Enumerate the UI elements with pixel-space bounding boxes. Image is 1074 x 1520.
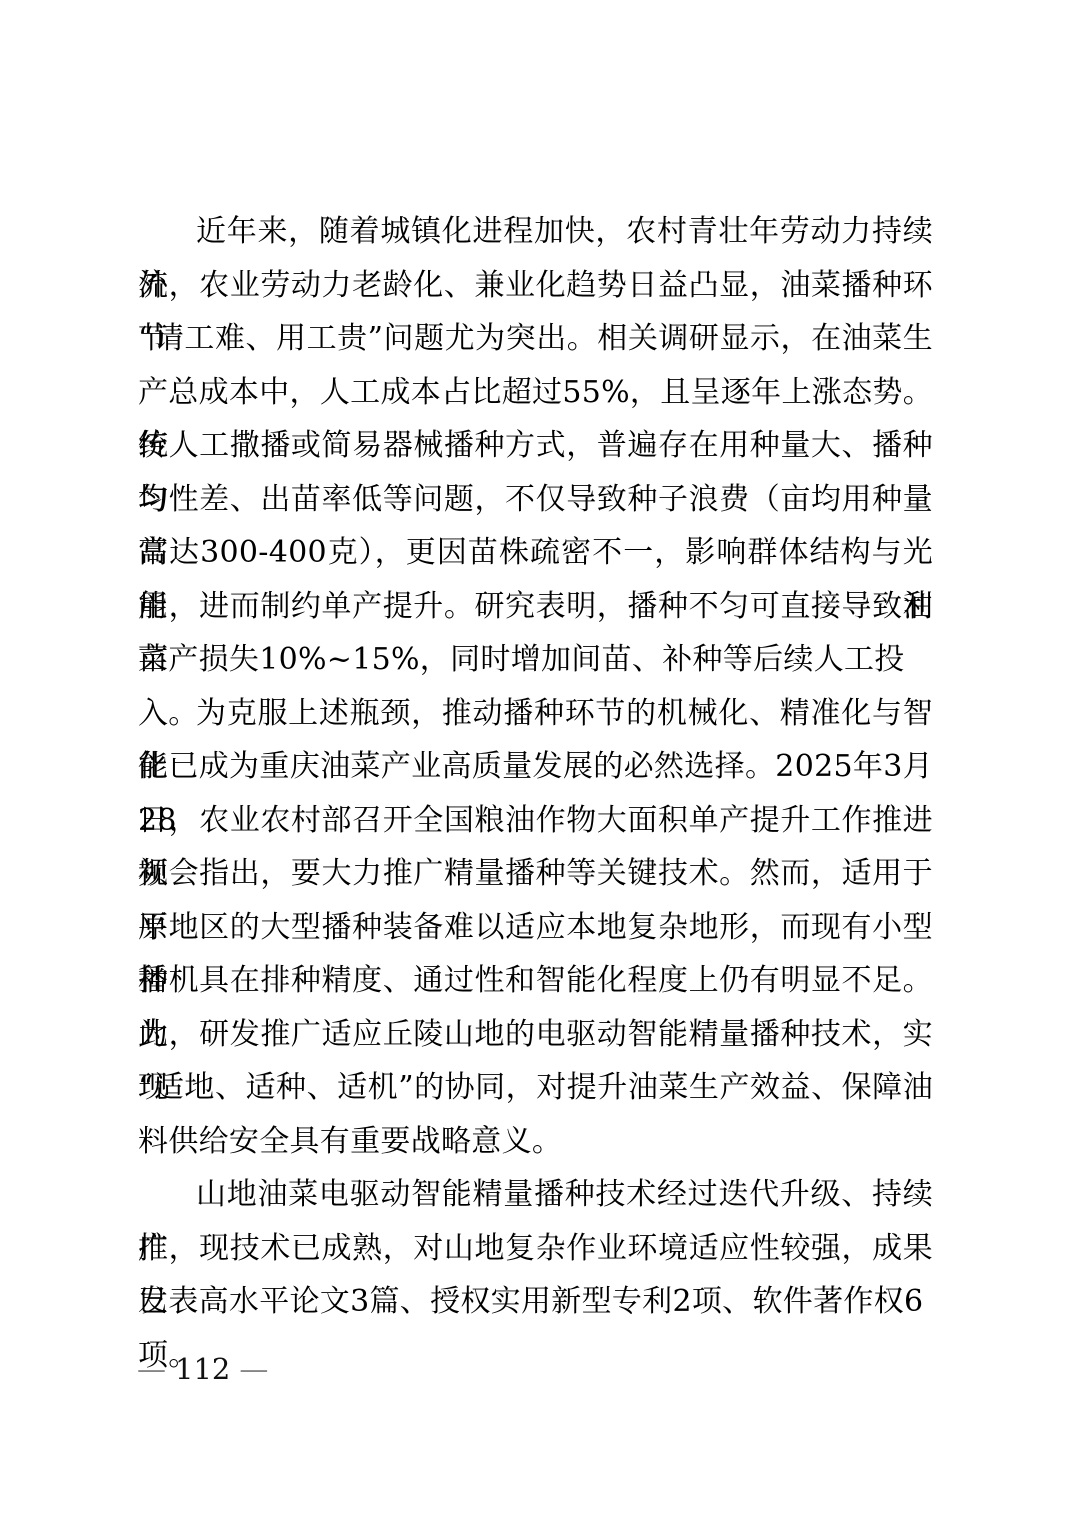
document-page: { "colors": { "background": "#ffffff", "… [0,0,1074,1520]
page: 近年来，随着城镇化进程加快，农村青壮年劳动力持续外流，农业劳动力老龄化、兼业化趋… [0,0,1074,1520]
text-line: 产总成本中，人工成本占比超过55%，且呈逐年上涨态势。传 [138,366,933,420]
text-line: 匀性差、出苗率低等问题，不仅导致种子浪费（亩均用种量常 [138,473,933,527]
text-line: 统人工撒播或简易器械播种方式，普遍存在用种量大、播种均 [138,419,933,473]
page-number: 112 [175,1352,230,1386]
text-line: “请工难、用工贵”问题尤为突出。相关调研显示，在油菜生 [138,312,933,366]
text-line: 山地油菜电驱动智能精量播种技术经过迭代升级、持续推 [138,1168,933,1222]
text-line: 为克服上述瓶颈，推动播种环节的机械化、精准化与智能 [138,687,933,741]
text-line: 近年来，随着城镇化进程加快，农村青壮年劳动力持续外 [138,205,933,259]
text-line: 亩产损失10%~15%，同时增加间苗、补种等后续人工投入。 [138,633,933,687]
text-line: 种机具在排种精度、通过性和智能化程度上仍有明显不足。为 [138,954,933,1008]
document-body: 近年来，随着城镇化进程加快，农村青壮年劳动力持续外流，农业劳动力老龄化、兼业化趋… [138,205,933,1329]
footer-dash-left: — [137,1352,166,1386]
text-line: 发表高水平论文3篇、授权实用新型专利2项、软件著作权6项。 [138,1275,933,1329]
text-line: 料供给安全具有重要战略意义。 [138,1115,933,1169]
paragraph: 山地油菜电驱动智能精量播种技术经过迭代升级、持续推广，现技术已成熟，对山地复杂作… [138,1168,933,1329]
paragraph: 近年来，随着城镇化进程加快，农村青壮年劳动力持续外流，农业劳动力老龄化、兼业化趋… [138,205,933,687]
text-line: 高达300-400克），更因苗株疏密不一，影响群体结构与光能利 [138,526,933,580]
text-line: 用，进而制约单产提升。研究表明，播种不匀可直接导致油菜 [138,580,933,634]
page-footer: — 112 — [137,1352,268,1386]
text-line: 此，研发推广适应丘陵山地的电驱动智能精量播种技术，实现 [138,1008,933,1062]
text-line: “适地、适种、适机”的协同，对提升油菜生产效益、保障油 [138,1061,933,1115]
text-line: 广，现技术已成熟，对山地复杂作业环境适应性较强，成果已 [138,1222,933,1276]
text-line: 频会指出，要大力推广精量播种等关键技术。然而，适用于平 [138,847,933,901]
text-line: 原地区的大型播种装备难以适应本地复杂地形，而现有小型播 [138,901,933,955]
text-line: 化已成为重庆油菜产业高质量发展的必然选择。2025年3月28 [138,740,933,794]
text-line: 流，农业劳动力老龄化、兼业化趋势日益凸显，油菜播种环节 [138,259,933,313]
footer-dash-right: — [239,1352,268,1386]
paragraph: 为克服上述瓶颈，推动播种环节的机械化、精准化与智能化已成为重庆油菜产业高质量发展… [138,687,933,1169]
text-line: 日，农业农村部召开全国粮油作物大面积单产提升工作推进视 [138,794,933,848]
